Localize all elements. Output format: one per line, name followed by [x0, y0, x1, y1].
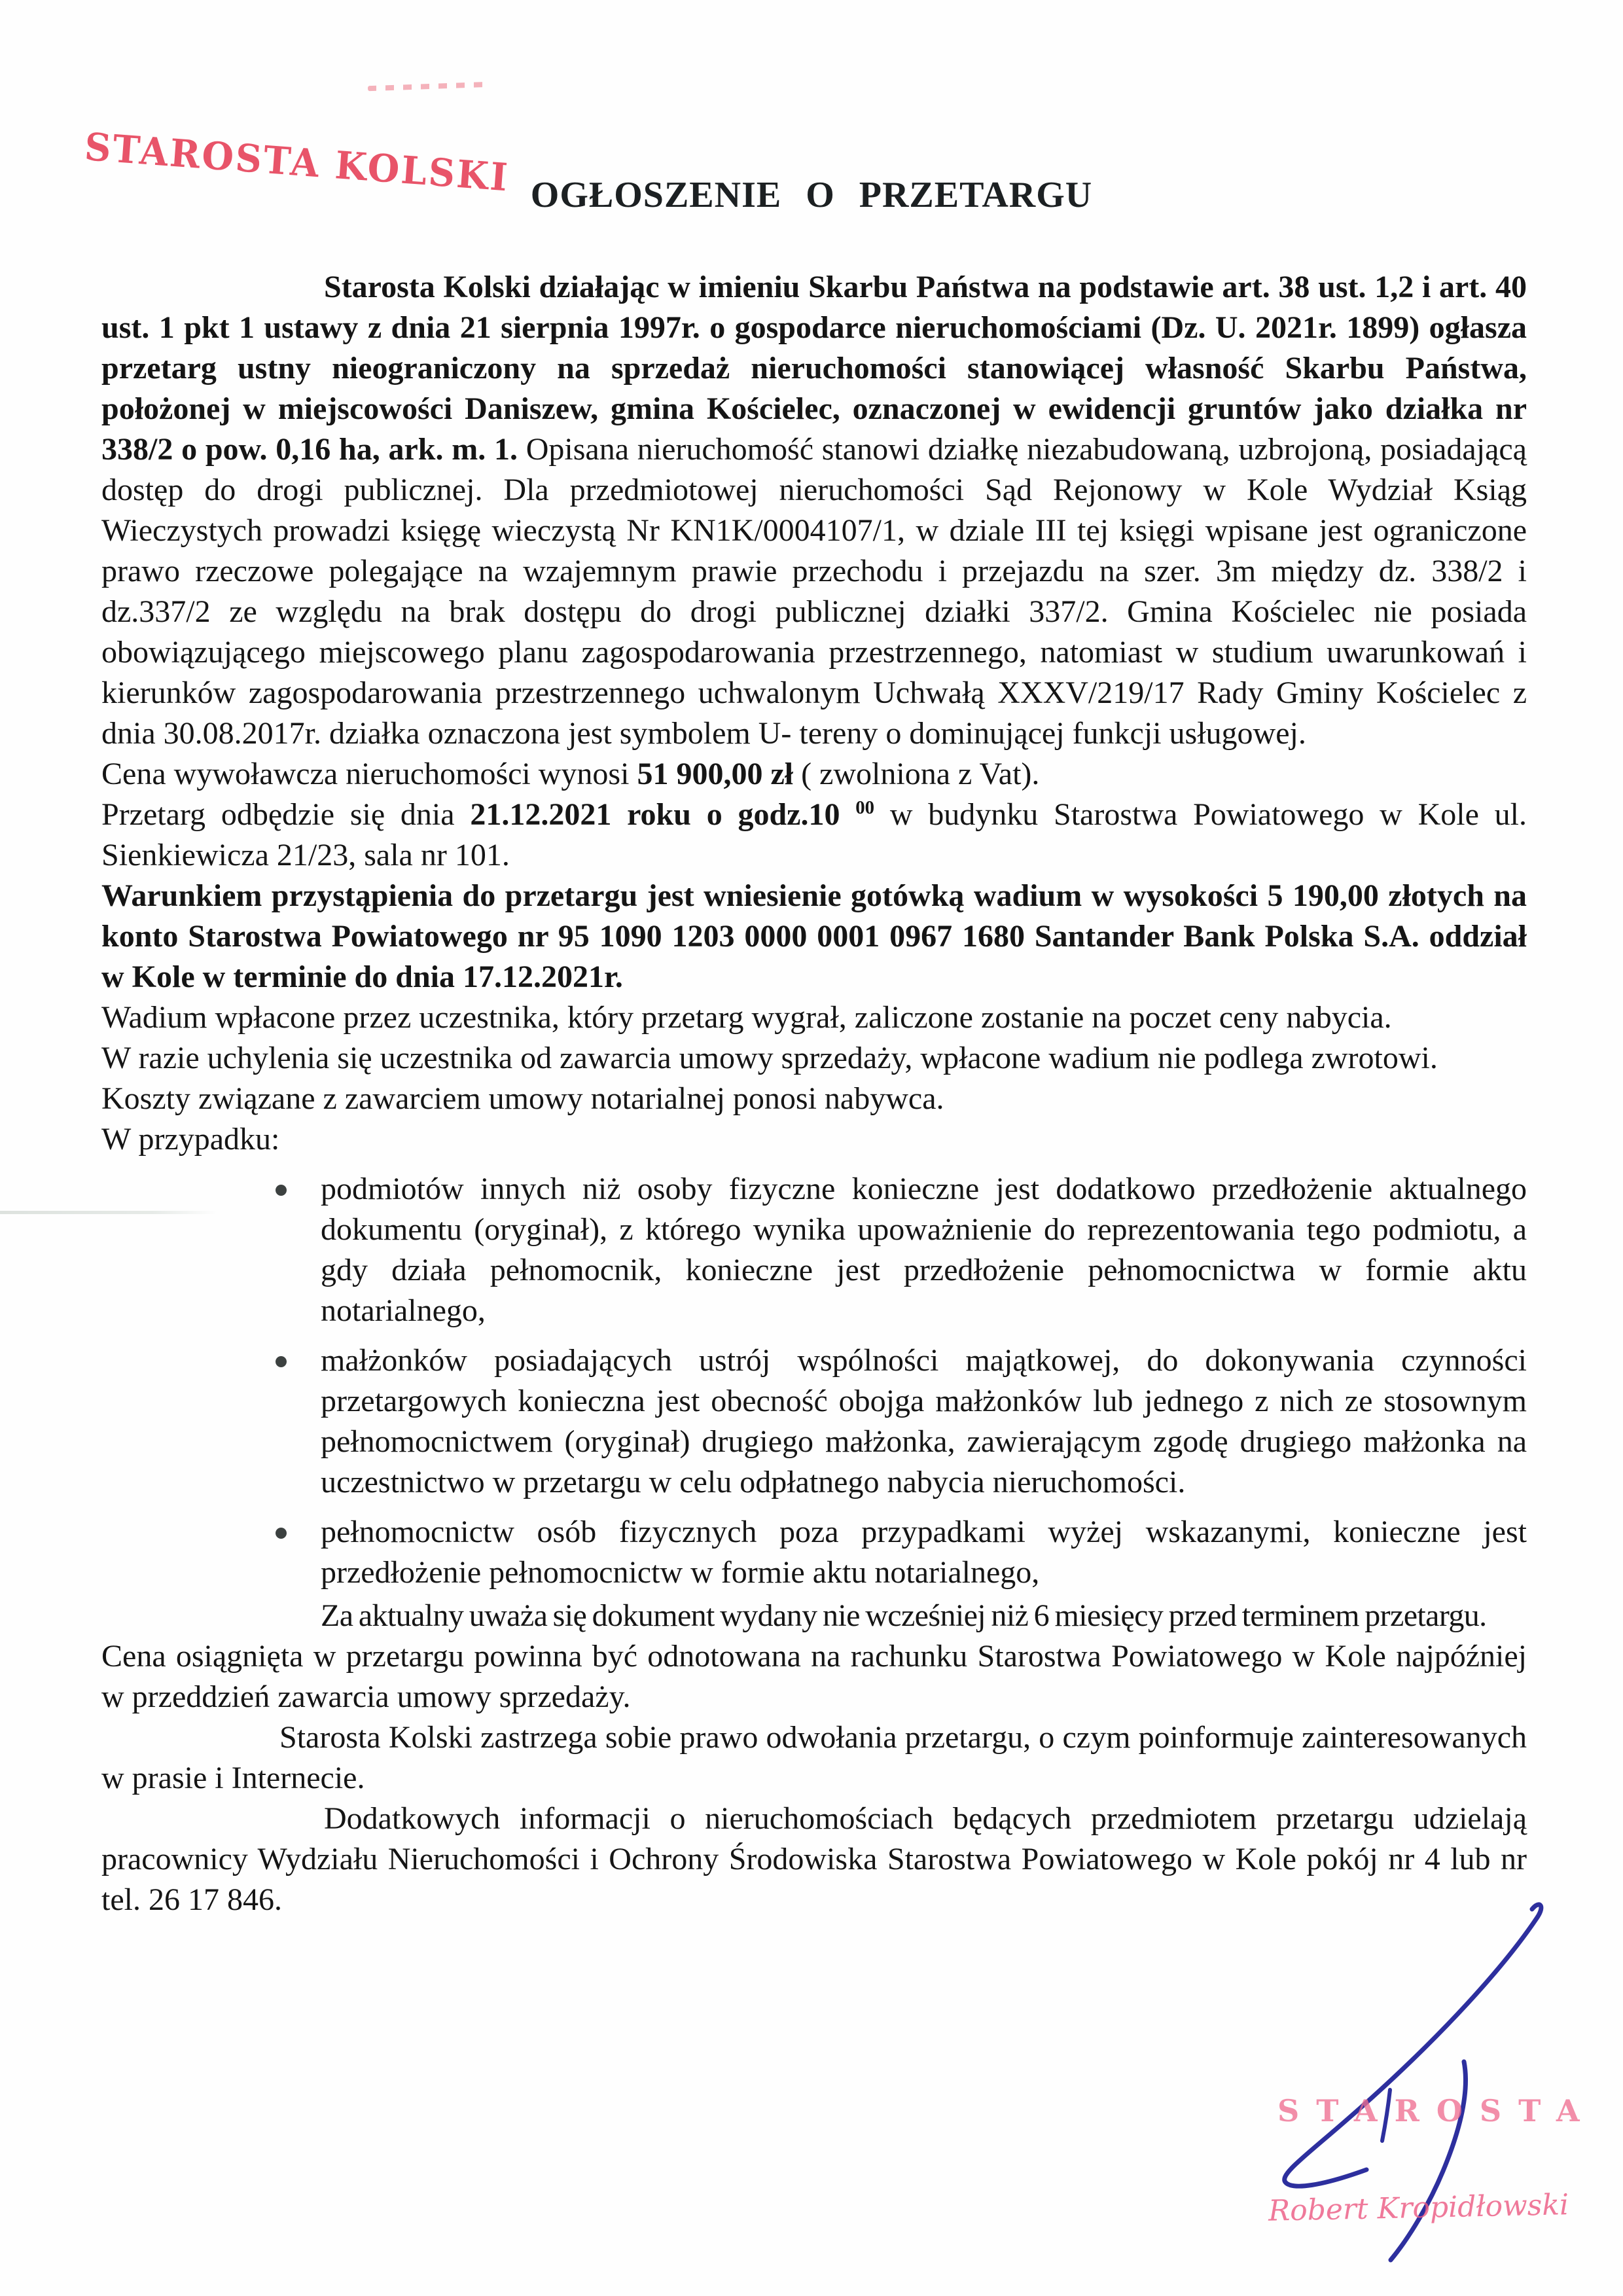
paragraph: Starosta Kolski zastrzega sobie prawo od… [101, 1717, 1527, 1799]
paragraph: Przetarg odbędzie się dnia 21.12.2021 ro… [101, 795, 1527, 876]
text-run: W razie uchylenia się uczestnika od zawa… [101, 1041, 1438, 1075]
scan-artifact-line [0, 1211, 217, 1214]
paragraph: Cena osiągnięta w przetargu powinna być … [101, 1636, 1527, 1717]
stamp-smudge-mark [368, 82, 491, 92]
bullet-icon [276, 1528, 287, 1539]
bullet-item: małżonków posiadających ustrój wspólnośc… [101, 1340, 1527, 1503]
paragraph: Za aktualny uważa się dokument wydany ni… [321, 1596, 1527, 1636]
document-title: OGŁOSZENIE O PRZETARGU [0, 174, 1623, 216]
bullet-icon [276, 1356, 287, 1367]
text-run: podmiotów innych niż osoby fizyczne koni… [321, 1172, 1527, 1328]
bullet-item: pełnomocnictw osób fizycznych poza przyp… [101, 1512, 1527, 1593]
signer-name-stamp: Robert Kropidłowski [1268, 2188, 1569, 2228]
bullet-icon [276, 1185, 287, 1196]
text-run: Opisana nieruchomość stanowi działkę nie… [101, 432, 1527, 751]
bold-text-run: 21.12.2021 roku o godz.10 [470, 797, 855, 832]
bold-text-run: Warunkiem przystąpienia do przetargu jes… [101, 878, 1527, 994]
text-run: Cena osiągnięta w przetargu powinna być … [101, 1639, 1527, 1714]
bold-text-run: 51 900,00 zł [637, 757, 793, 791]
text-run: Starosta Kolski zastrzega sobie prawo od… [101, 1720, 1527, 1795]
paragraph: Starosta Kolski działając w imieniu Skar… [101, 267, 1527, 754]
text-run: Cena wywoławcza nieruchomości wynosi [101, 757, 637, 791]
text-run: Koszty związane z zawarciem umowy notari… [101, 1081, 944, 1116]
text-run: ( zwolniona z Vat). [793, 757, 1039, 791]
bullet-item: podmiotów innych niż osoby fizyczne koni… [101, 1169, 1527, 1331]
paragraph: W przypadku: [101, 1119, 1527, 1160]
bullet-text: podmiotów innych niż osoby fizyczne koni… [321, 1169, 1527, 1331]
bullet-text: pełnomocnictw osób fizycznych poza przyp… [321, 1512, 1527, 1593]
text-run: małżonków posiadających ustrój wspólnośc… [321, 1343, 1527, 1499]
paragraph: Cena wywoławcza nieruchomości wynosi 51 … [101, 754, 1527, 795]
bold-text-run: 00 [855, 797, 874, 818]
text-run: pełnomocnictw osób fizycznych poza przyp… [321, 1515, 1527, 1590]
text-run: Przetarg odbędzie się dnia [101, 797, 470, 832]
starosta-role-stamp: STAROSTA [1277, 2093, 1597, 2128]
paragraph: Koszty związane z zawarciem umowy notari… [101, 1079, 1527, 1119]
text-run: Wadium wpłacone przez uczestnika, który … [101, 1000, 1392, 1035]
bullet-text: małżonków posiadających ustrój wspólnośc… [321, 1340, 1527, 1503]
document-page: STAROSTA KOLSKI OGŁOSZENIE O PRZETARGU S… [0, 0, 1623, 2296]
text-run: W przypadku: [101, 1122, 279, 1157]
text-run: Za aktualny uważa się dokument wydany ni… [321, 1598, 1487, 1633]
paragraph: W razie uchylenia się uczestnika od zawa… [101, 1038, 1527, 1079]
paragraph: Warunkiem przystąpienia do przetargu jes… [101, 876, 1527, 997]
paragraph: Wadium wpłacone przez uczestnika, który … [101, 997, 1527, 1038]
document-body: Starosta Kolski działając w imieniu Skar… [101, 267, 1527, 1920]
